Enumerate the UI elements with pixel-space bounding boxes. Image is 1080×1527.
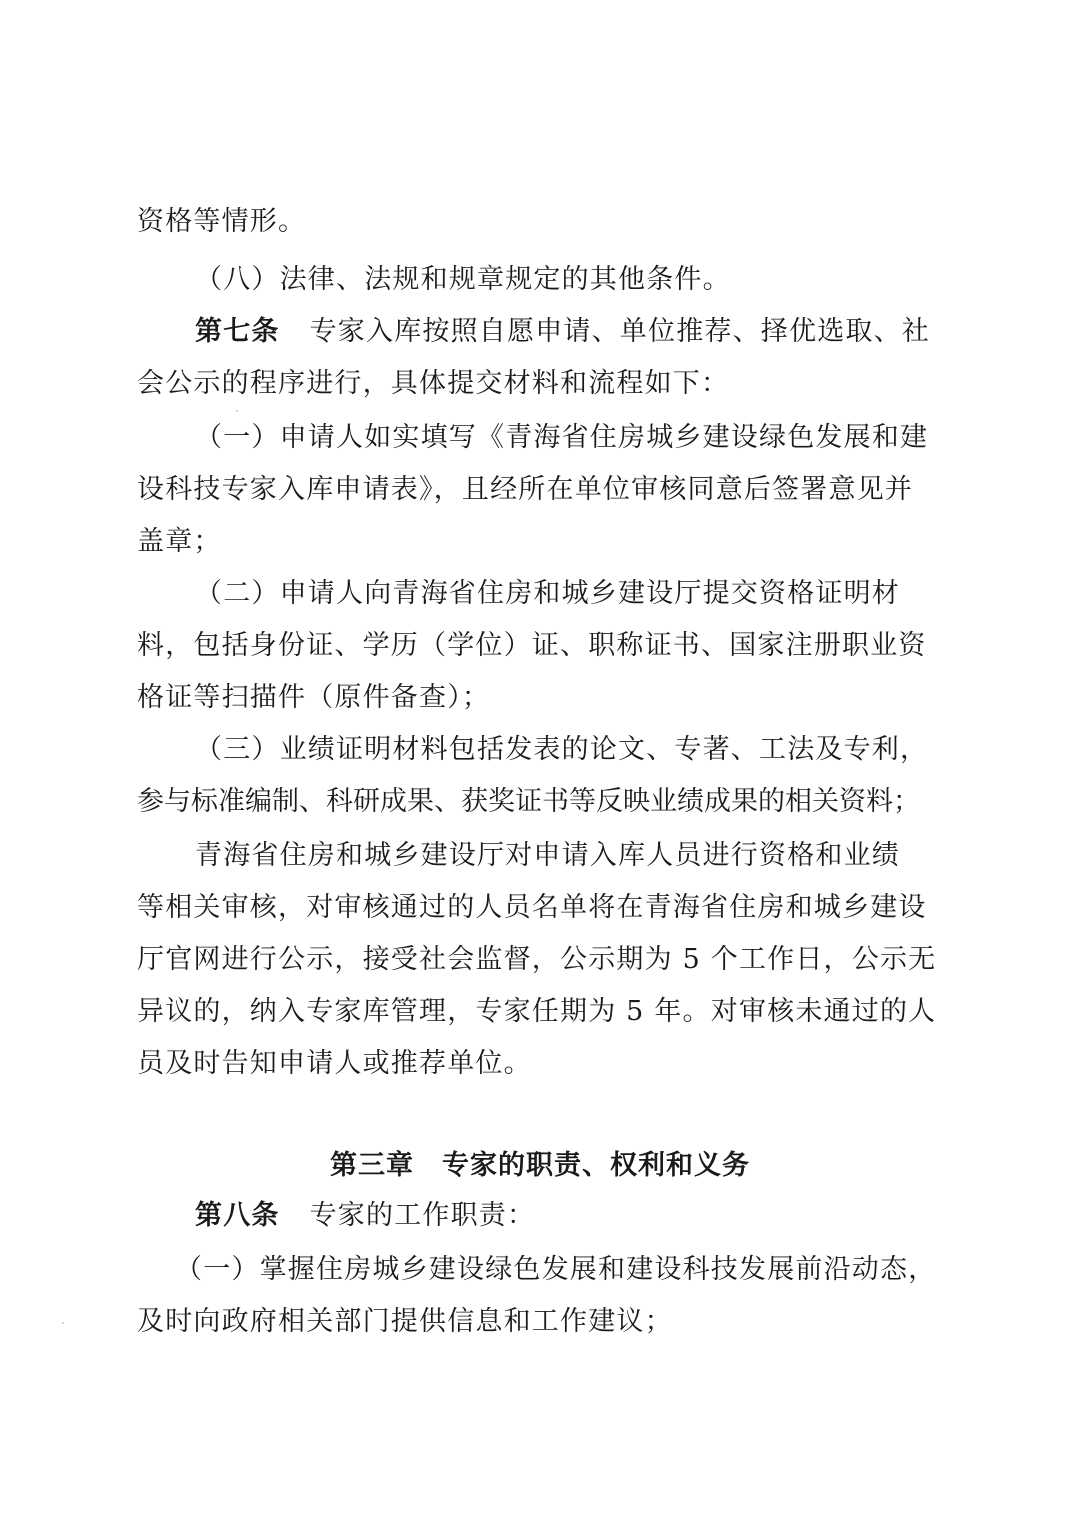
- line-text: 等相关审核，对审核通过的人员名单将在青海省住房和城乡建设: [137, 892, 927, 923]
- paragraph-line: （八）法律、法规和规章规定的其他条件。: [195, 262, 943, 298]
- line-text: （二）申请人向青海省住房和城乡建设厅提交资格证明材: [195, 578, 900, 609]
- paragraph-line: 青海省住房和城乡建设厅对申请入库人员进行资格和业绩: [195, 838, 943, 874]
- paragraph-line: 会公示的程序进行，具体提交材料和流程如下：: [137, 366, 943, 402]
- paragraph-line: 参与标准编制、科研成果、获奖证书等反映业绩成果的相关资料；: [137, 784, 943, 820]
- scan-speck: [62, 1322, 64, 1324]
- paragraph-line: 及时向政府相关部门提供信息和工作建议；: [137, 1304, 943, 1340]
- line-text: 料，包括身份证、学历（学位）证、职称证书、国家注册职业资: [137, 630, 927, 661]
- line-text: （一）掌握住房城乡建设绿色发展和建设科技发展前沿动态，: [175, 1254, 936, 1285]
- line-text: 专家入库按照自愿申请、单位推荐、择优选取、社: [310, 316, 930, 347]
- paragraph-line: 异议的，纳入专家库管理，专家任期为 5 年。对审核未通过的人: [137, 994, 943, 1030]
- article-heading: 第七条: [195, 316, 280, 347]
- line-text: 格证等扫描件（原件备查）；: [137, 682, 490, 713]
- line-text: 设科技专家入库申请表》，且经所在单位审核同意后签署意见并: [137, 474, 913, 505]
- article-8-line: 第八条专家的工作职责：: [195, 1198, 943, 1234]
- line-text: （三）业绩证明材料包括发表的论文、专著、工法及专利，: [195, 734, 928, 765]
- paragraph-line: （三）业绩证明材料包括发表的论文、专著、工法及专利，: [195, 732, 943, 768]
- scan-speck: [236, 410, 238, 412]
- line-text: 会公示的程序进行，具体提交材料和流程如下：: [137, 368, 729, 399]
- paragraph-line: 格证等扫描件（原件备查）；: [137, 680, 943, 716]
- paragraph-line: 盖章；: [137, 524, 943, 560]
- paragraph-line: （一）申请人如实填写《青海省住房城乡建设绿色发展和建: [195, 420, 943, 456]
- line-text: 资格等情形。: [137, 206, 306, 237]
- paragraph-line: 设科技专家入库申请表》，且经所在单位审核同意后签署意见并: [137, 472, 943, 508]
- article-heading: 第八条: [195, 1200, 280, 1231]
- line-text: 专家的工作职责：: [310, 1200, 536, 1231]
- line-text: 青海省住房和城乡建设厅对申请入库人员进行资格和业绩: [195, 840, 900, 871]
- line-text: 盖章；: [137, 526, 222, 557]
- paragraph-line: （一）掌握住房城乡建设绿色发展和建设科技发展前沿动态，: [175, 1252, 923, 1288]
- paragraph-line: 等相关审核，对审核通过的人员名单将在青海省住房和城乡建设: [137, 890, 943, 926]
- paragraph-line: 厅官网进行公示，接受社会监督，公示期为 5 个工作日，公示无: [137, 942, 943, 978]
- line-text: 参与标准编制、科研成果、获奖证书等反映业绩成果的相关资料；: [137, 786, 920, 817]
- line-text: 员及时告知申请人或推荐单位。: [137, 1048, 532, 1079]
- line-text: （一）申请人如实填写《青海省住房城乡建设绿色发展和建: [195, 422, 928, 453]
- paragraph-line: 资格等情形。: [137, 204, 943, 240]
- paragraph-line: 员及时告知申请人或推荐单位。: [137, 1046, 943, 1082]
- paragraph-line: 料，包括身份证、学历（学位）证、职称证书、国家注册职业资: [137, 628, 943, 664]
- line-text: 及时向政府相关部门提供信息和工作建议；: [137, 1306, 673, 1337]
- line-text: 异议的，纳入专家库管理，专家任期为 5 年。对审核未通过的人: [137, 996, 936, 1027]
- document-page: 资格等情形。 （八）法律、法规和规章规定的其他条件。 第七条专家入库按照自愿申请…: [0, 0, 1080, 1527]
- line-text: （八）法律、法规和规章规定的其他条件。: [195, 264, 731, 295]
- chapter-title: 第三章 专家的职责、权利和义务: [0, 1148, 1080, 1184]
- line-text: 厅官网进行公示，接受社会监督，公示期为 5 个工作日，公示无: [137, 944, 936, 975]
- article-7-line: 第七条专家入库按照自愿申请、单位推荐、择优选取、社: [195, 314, 943, 350]
- paragraph-line: （二）申请人向青海省住房和城乡建设厅提交资格证明材: [195, 576, 943, 612]
